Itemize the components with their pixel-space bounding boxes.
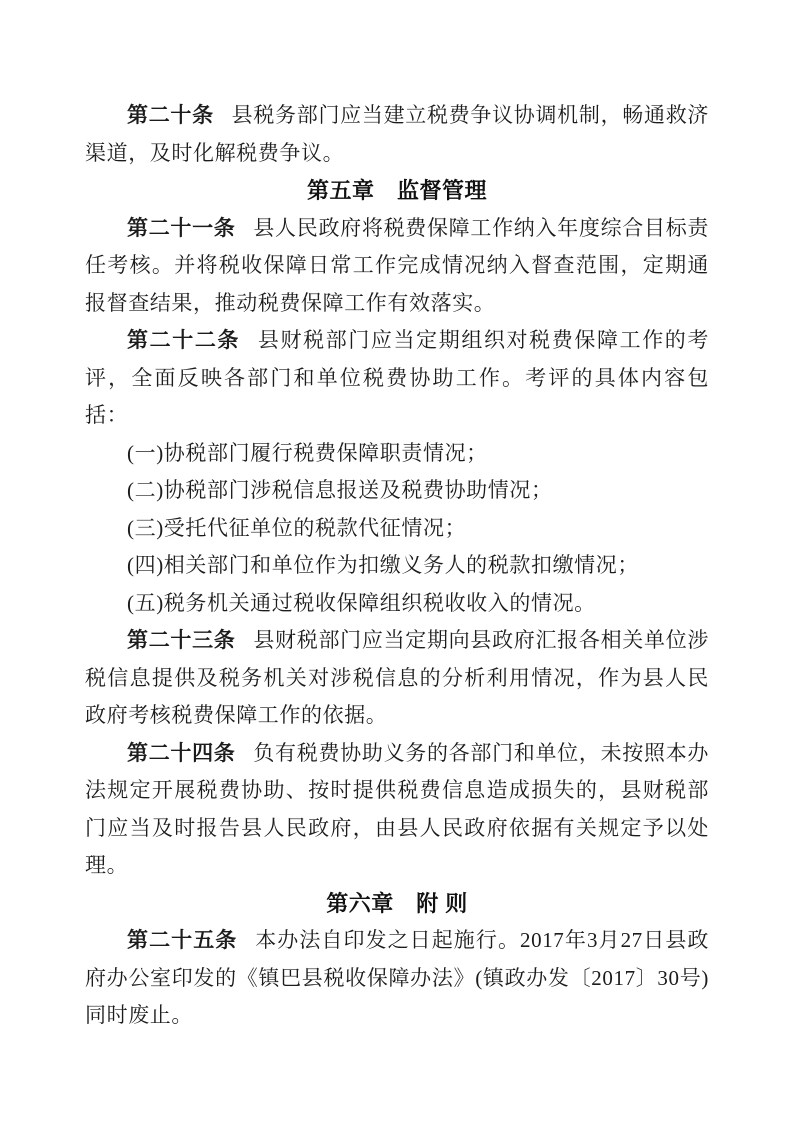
document-page: 第二十条县税务部门应当建立税费争议协调机制，畅通救济渠道，及时化解税费争议。 第… (0, 0, 793, 1122)
article-24-paragraph: 第二十四条负有税费协助义务的各部门和单位，未按照本办法规定开展税费协助、按时提供… (85, 735, 709, 885)
article-23-number: 第二十三条 (127, 628, 236, 652)
article-23-paragraph: 第二十三条县财税部门应当定期向县政府汇报各相关单位涉税信息提供及税务机关对涉税信… (85, 622, 709, 735)
article-20-number: 第二十条 (127, 103, 214, 127)
article-21-number: 第二十一条 (127, 216, 236, 240)
assessment-item-5: (五)税务机关通过税收保障组织税收收入的情况。 (85, 585, 709, 623)
assessment-item-4: (四)相关部门和单位作为扣缴义务人的税款扣缴情况； (85, 547, 709, 585)
article-20-paragraph: 第二十条县税务部门应当建立税费争议协调机制，畅通救济渠道，及时化解税费争议。 (85, 97, 709, 172)
article-22-paragraph: 第二十二条县财税部门应当定期组织对税费保障工作的考评，全面反映各部门和单位税费协… (85, 322, 709, 435)
assessment-item-1: (一)协税部门履行税费保障职责情况； (85, 435, 709, 473)
article-25-paragraph: 第二十五条本办法自印发之日起施行。2017年3月27日县政府办公室印发的《镇巴县… (85, 922, 709, 1035)
chapter-5-heading: 第五章 监督管理 (85, 172, 709, 210)
assessment-item-3: (三)受托代征单位的税款代征情况； (85, 510, 709, 548)
article-24-number: 第二十四条 (127, 741, 236, 765)
article-21-paragraph: 第二十一条县人民政府将税费保障工作纳入年度综合目标责任考核。并将税收保障日常工作… (85, 210, 709, 323)
article-22-number: 第二十二条 (127, 328, 240, 352)
article-25-number: 第二十五条 (127, 928, 237, 952)
chapter-6-heading: 第六章 附 则 (85, 885, 709, 923)
assessment-item-2: (二)协税部门涉税信息报送及税费协助情况； (85, 472, 709, 510)
